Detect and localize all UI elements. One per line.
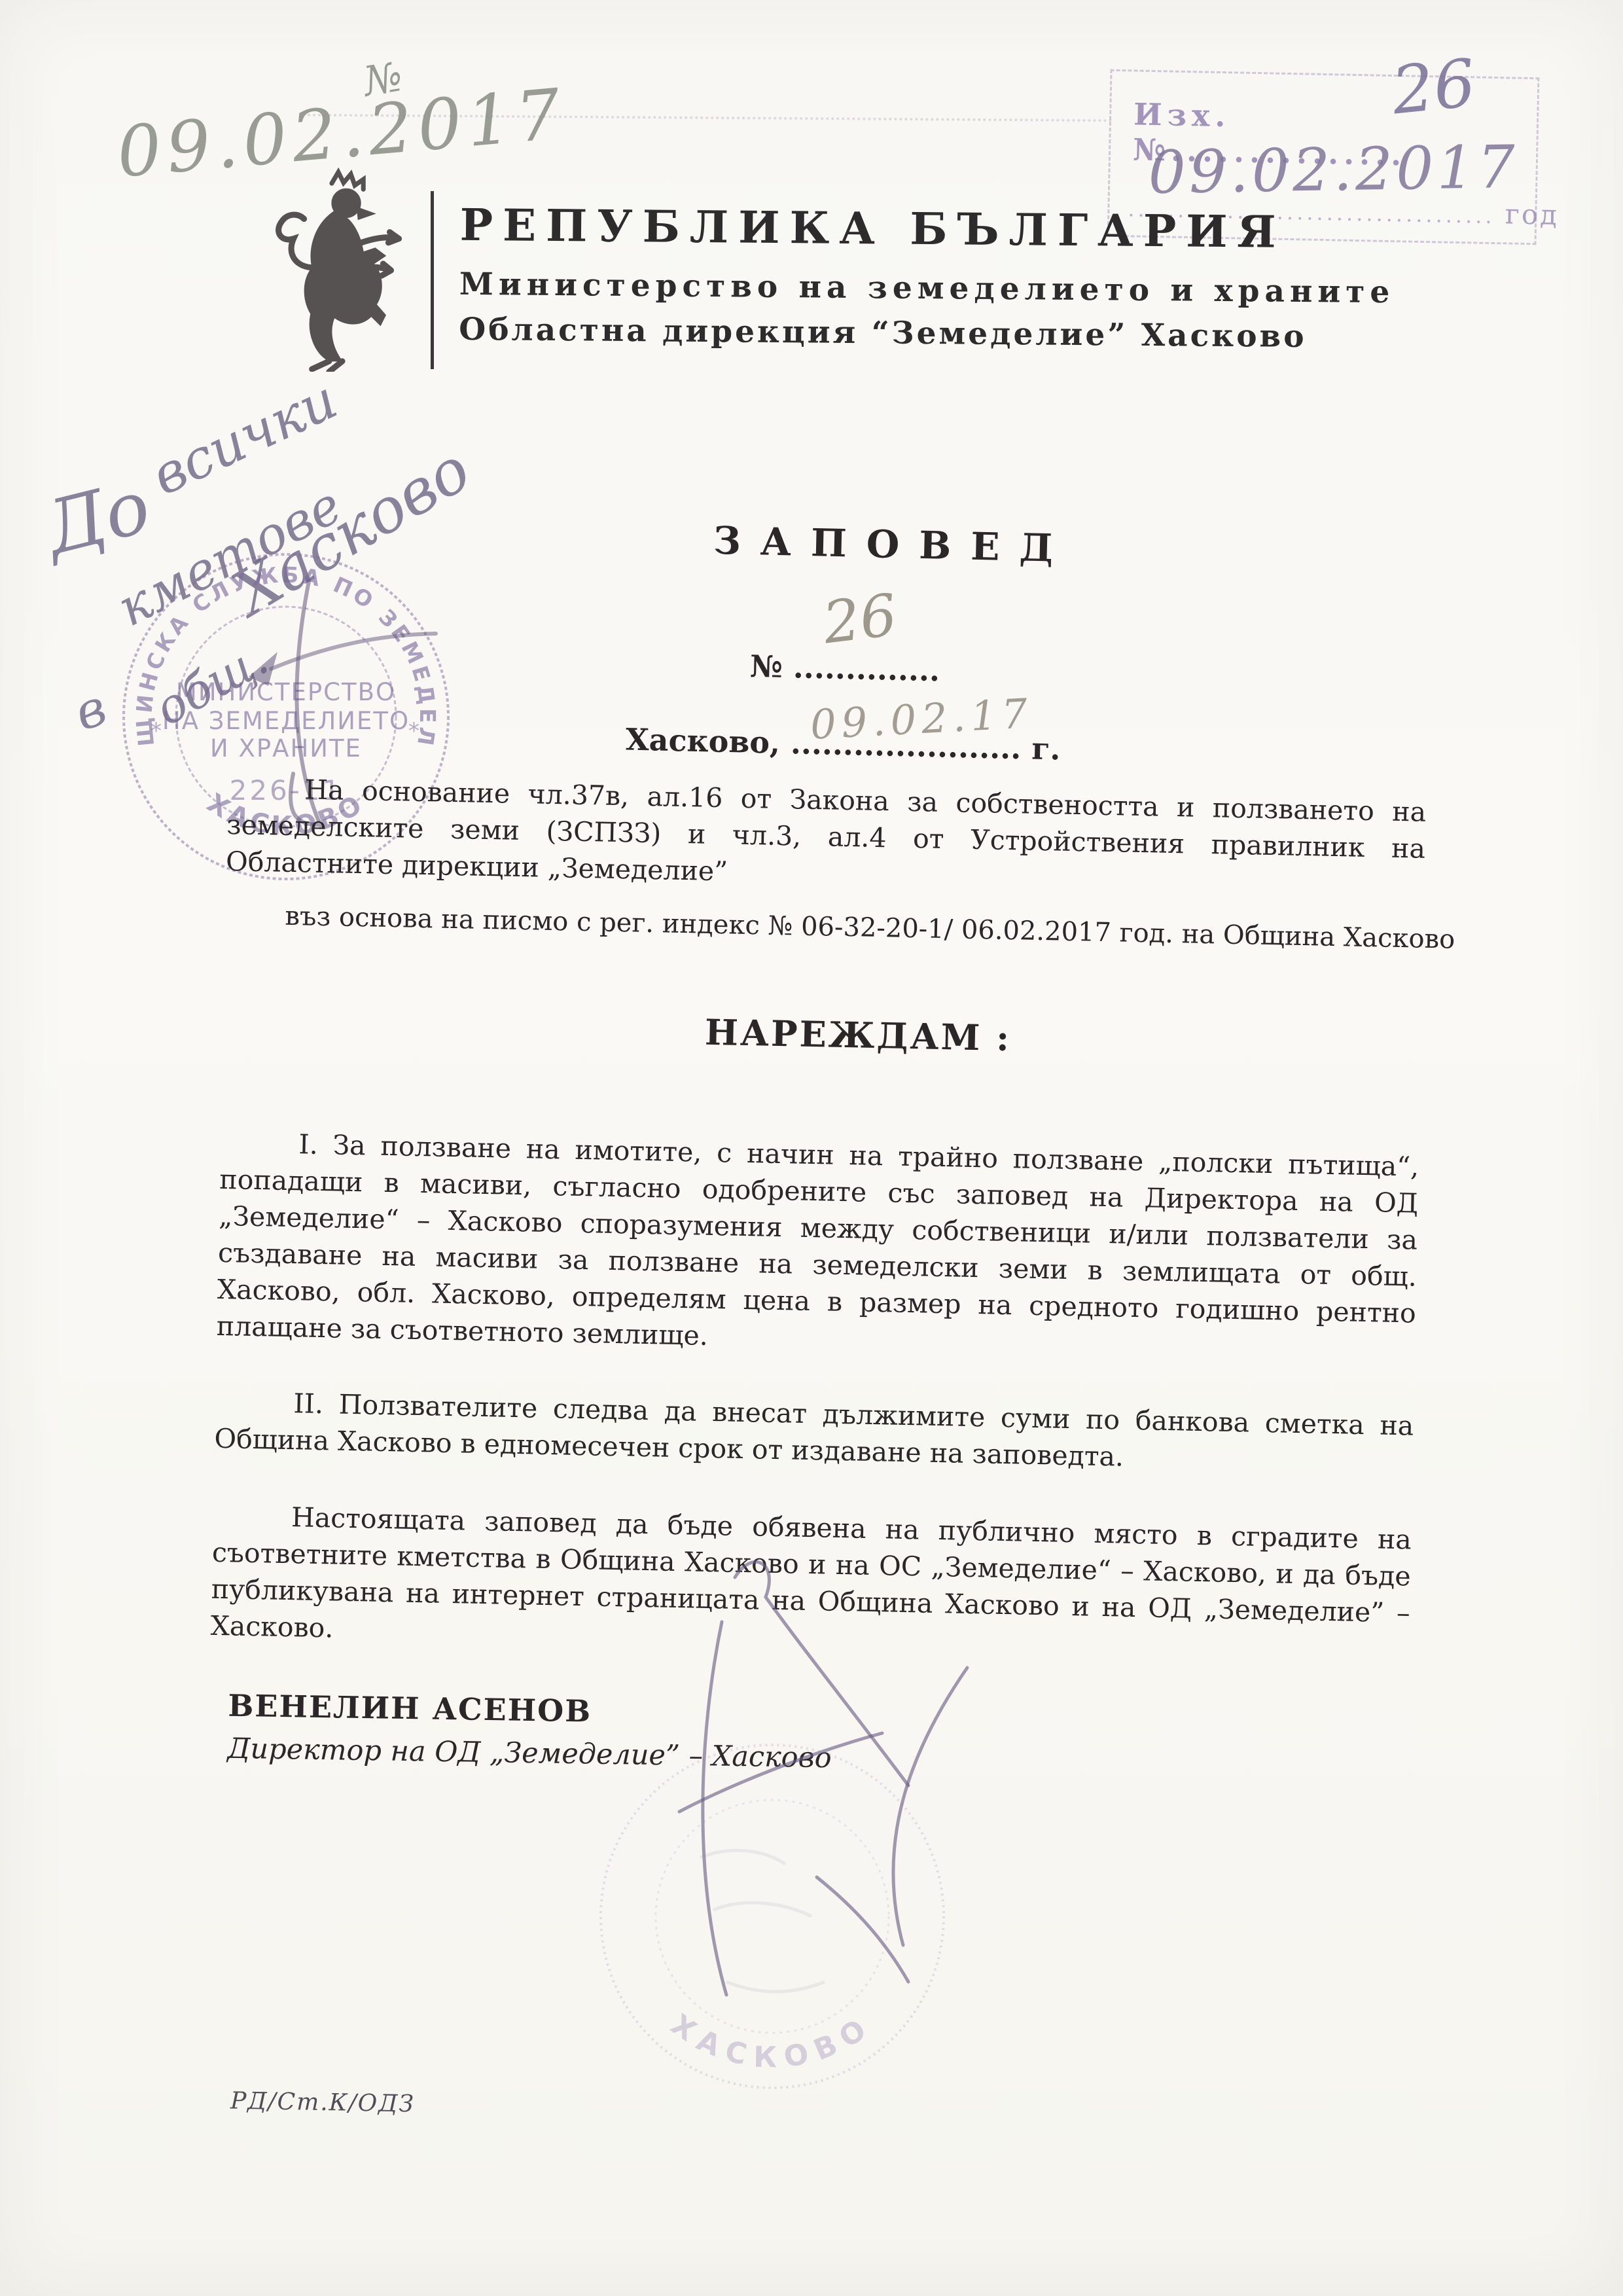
order-year-abbrev: г. — [1031, 731, 1061, 767]
letterhead-ministry: Министерство на земеделието и храните — [459, 266, 1395, 310]
order-title: ЗАПОВЕД — [713, 518, 1073, 571]
order-number-sign: № — [749, 649, 783, 685]
footer-reference: РД/Ст.К/ОДЗ — [230, 2088, 416, 2118]
faint-stamp-city-text: ХАСКОВО — [665, 2008, 880, 2075]
faint-stamp-smudges — [700, 1850, 825, 1992]
letterhead-directorate: Областна дирекция “Земеделие” Хасково — [459, 312, 1395, 355]
command-heading: НАРЕЖДАМ : — [223, 1004, 1422, 1065]
lion-emblem-icon — [267, 168, 415, 372]
order-number-handwritten: 26 — [819, 581, 901, 657]
crown-shape — [332, 172, 363, 189]
scanned-order-document: № 09.02.2017 Изх.№............... 26 09.… — [0, 0, 1623, 2296]
lion-body — [304, 211, 385, 361]
order-item-2: II. Ползвателите следва да внесат дължим… — [214, 1384, 1414, 1481]
faint-stamp-outer-ring — [601, 1745, 944, 2088]
reg-number-handwritten: 26 — [1388, 45, 1479, 129]
faint-round-stamp: ХАСКОВО — [569, 1700, 991, 2139]
lion-jaw — [357, 207, 375, 219]
reg-prefix: Изх. — [1133, 96, 1231, 134]
pen-note-word: в — [67, 677, 113, 742]
lion-tail — [279, 215, 315, 268]
pen-arrow-mark — [240, 622, 449, 740]
grounds-paragraph: въз основа на писмо с рег. индекс № 06-3… — [224, 897, 1424, 958]
order-place: Хасково, — [625, 721, 780, 760]
header-divider-line — [431, 191, 434, 369]
stamp-star-left: * — [151, 718, 162, 744]
legal-basis-paragraph: На основание чл.37в, ал.16 от Закона за … — [226, 770, 1427, 904]
arrow-tail-stroke — [271, 634, 436, 669]
svg-text:ХАСКОВО: ХАСКОВО — [665, 2008, 880, 2075]
reg-year-suffix: год — [1505, 198, 1559, 231]
letterhead: РЕПУБЛИКА БЪЛГАРИЯ Министерство на земед… — [459, 199, 1395, 355]
order-number-dots: .............. — [793, 649, 940, 688]
order-body: На основание чл.37в, ал.16 от Закона за … — [210, 770, 1426, 1668]
letterhead-republic: РЕПУБЛИКА БЪЛГАРИЯ — [459, 199, 1395, 259]
faint-stamp-inner-ring — [656, 1800, 889, 2033]
order-item-1: I. За ползване на имотите, с начин на тр… — [216, 1124, 1419, 1369]
